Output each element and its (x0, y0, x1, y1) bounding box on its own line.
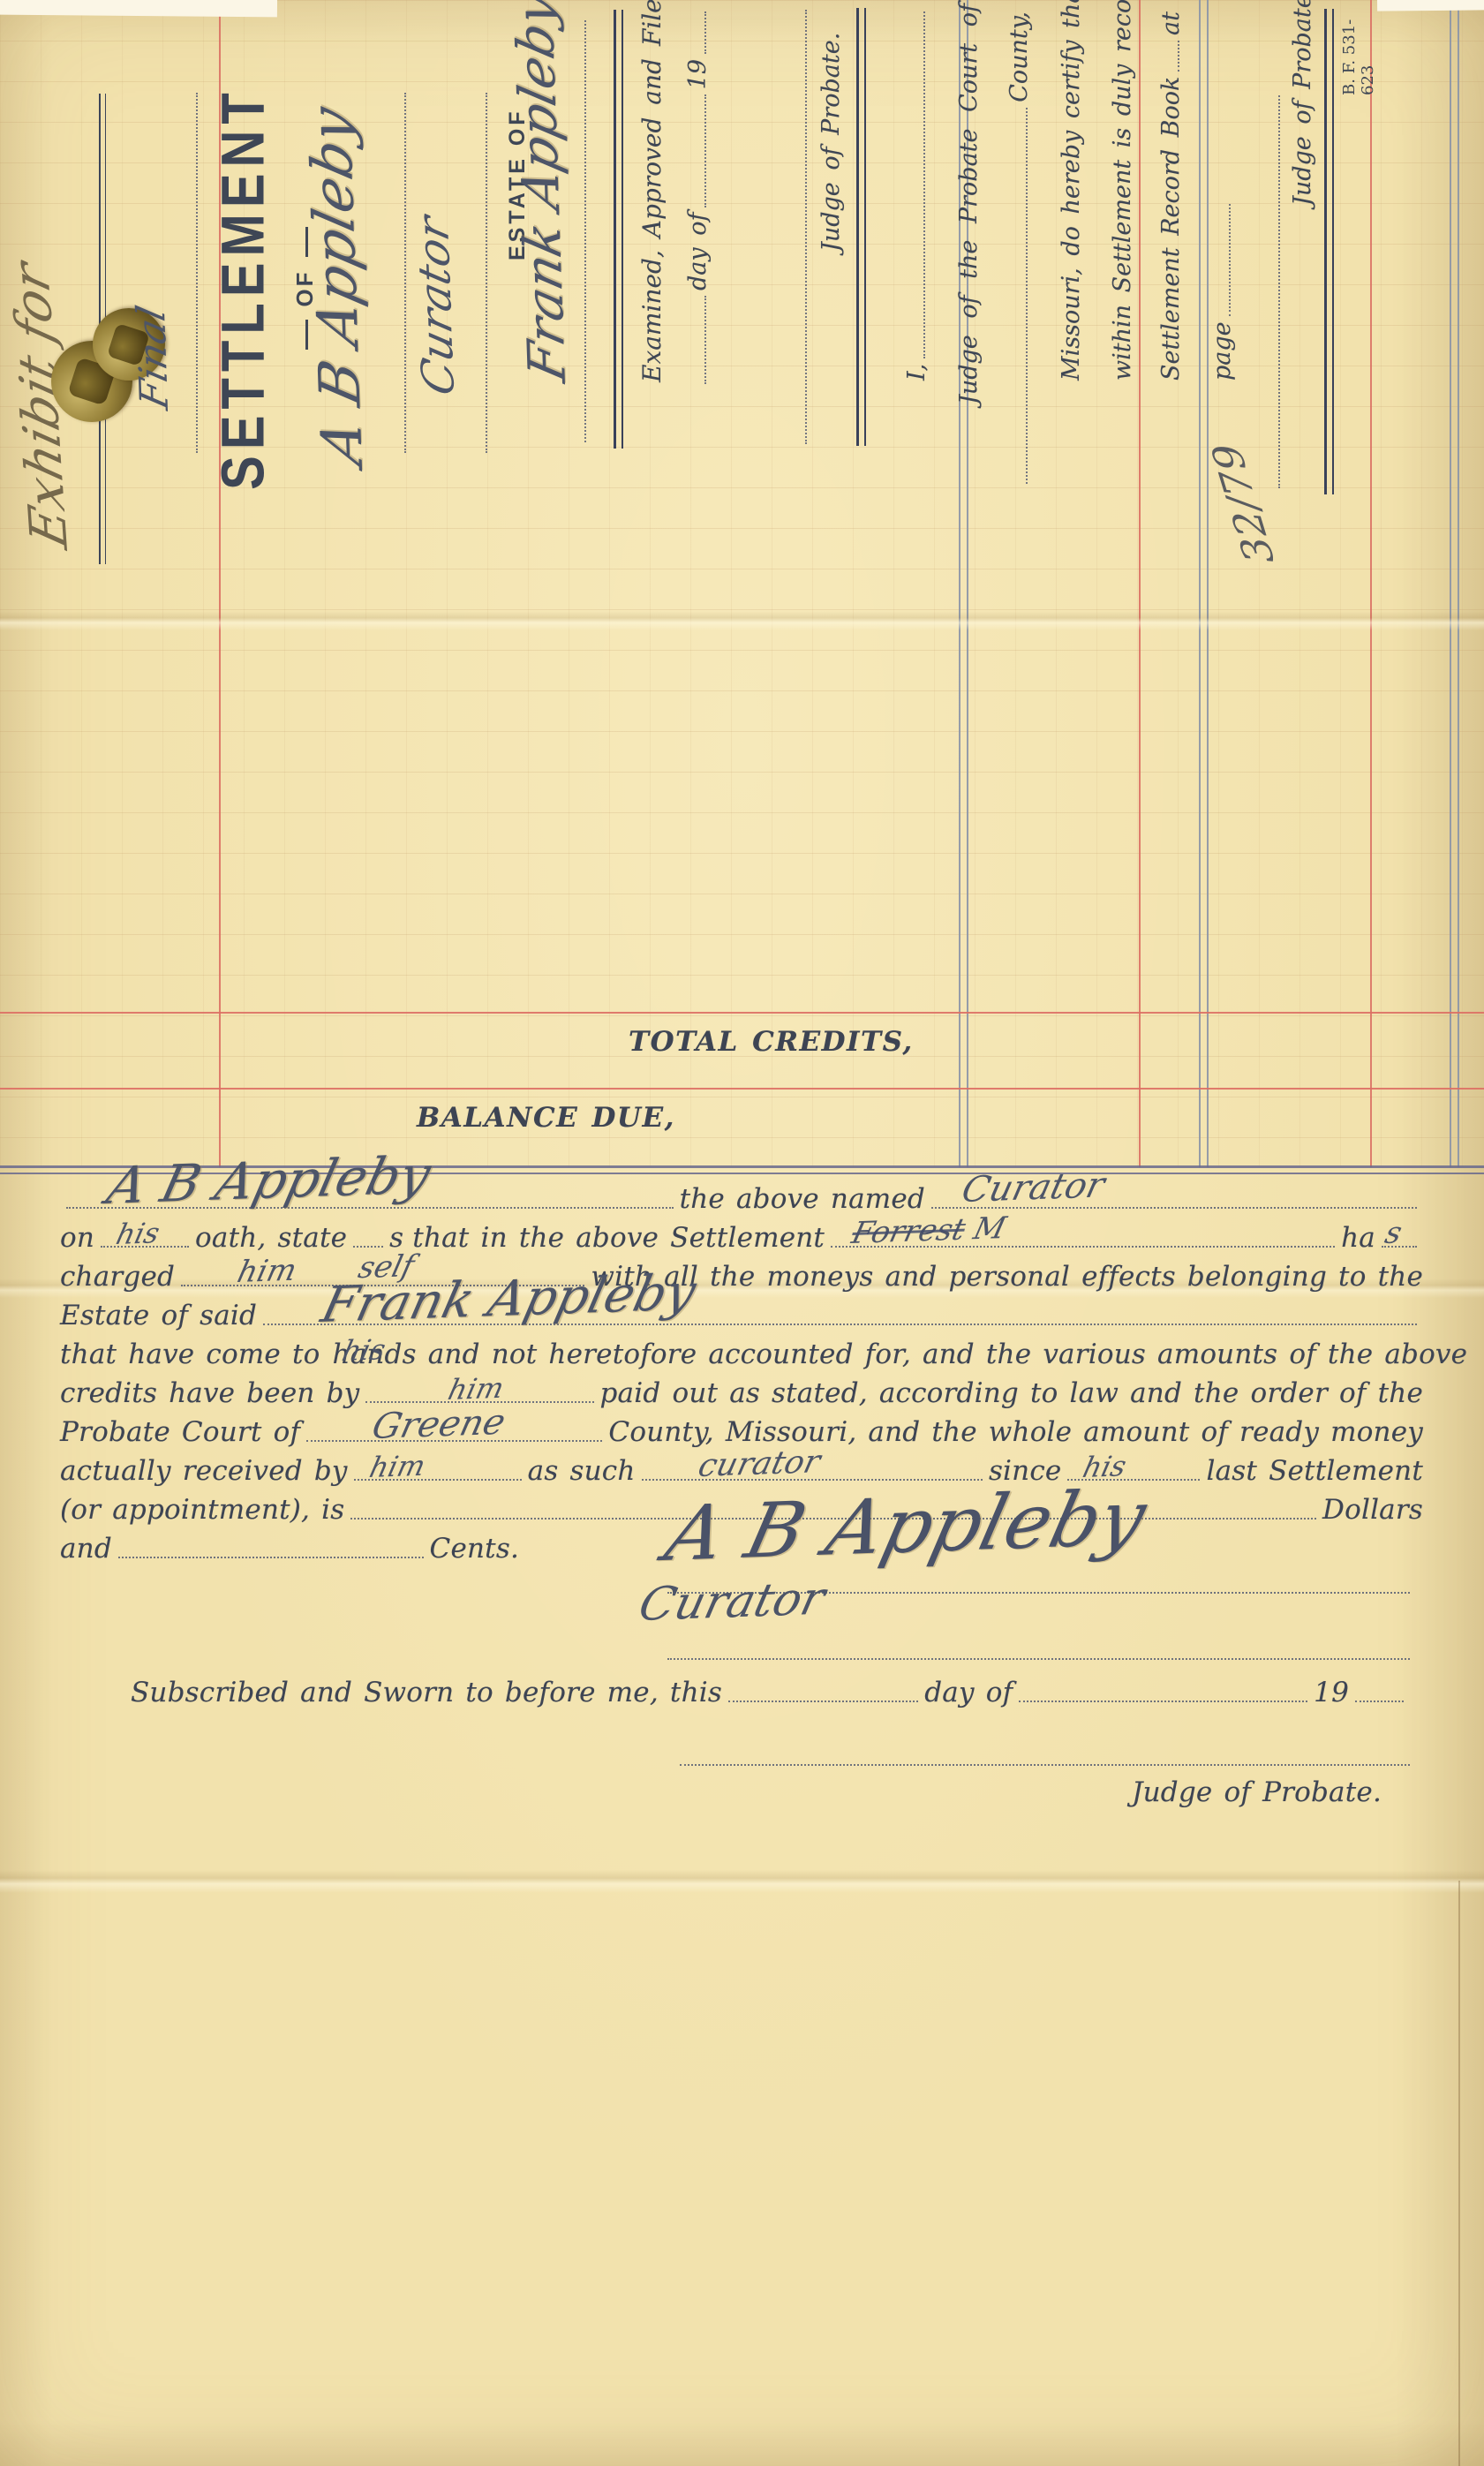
handwriting-his: his (339, 1332, 389, 1368)
year-blank (699, 11, 706, 54)
docket-judge1-label: Judge of Probate. (817, 33, 845, 252)
handwriting-docket-name: A B Appleby (298, 102, 376, 471)
docket-double-rule (856, 8, 866, 446)
role-blank: Curator (931, 1200, 1417, 1209)
handwriting-docket-role: Curator (407, 211, 464, 400)
printed-text: credits have been by (60, 1377, 359, 1409)
handwriting-struck-name: Forrest M (848, 1210, 1009, 1251)
docket-double-rule (614, 10, 623, 449)
handwriting-estate-name: Frank Appleby (316, 1263, 701, 1334)
docket-double-rule (1324, 9, 1334, 494)
docket-page-row: page (1204, 204, 1236, 381)
docket-within-line: within Settlement is duly recorded in (1109, 0, 1136, 381)
printed-text: Probate Court of (60, 1416, 300, 1448)
docket-examined-label: Examined, Approved and Filed this (637, 0, 667, 382)
day-blank (699, 296, 706, 384)
affidavit-line-3: charged him self with all the moneys and… (60, 1256, 1423, 1293)
ha-blank: s (1382, 1239, 1417, 1248)
printed-text: Dollars (1322, 1494, 1423, 1526)
county-blank (1021, 108, 1028, 484)
printed-text: Cents. (430, 1533, 519, 1565)
docket-dotted-rule (1278, 95, 1280, 488)
printed-text: page (1209, 321, 1236, 381)
docket-dotted-rule (805, 10, 807, 444)
printed-text: the above named (680, 1183, 925, 1215)
name-blank: A B Appleby (66, 1200, 674, 1209)
fold-crease (0, 611, 1484, 630)
printed-text: hands and not heretofore accounted for, … (333, 1339, 1468, 1370)
handwriting-folio-number: 32/79 (1202, 441, 1284, 566)
day-blank (728, 1693, 918, 1702)
docket-dotted-rule (486, 93, 487, 453)
handwriting-role: Curator (958, 1165, 1109, 1210)
affidavit-line-10: and Cents. (60, 1527, 519, 1565)
page-blank (1224, 204, 1231, 316)
handwriting-him: him (366, 1449, 429, 1484)
month-blank (699, 94, 706, 207)
printed-text: Estate of said (60, 1300, 257, 1331)
handwriting-s: s (1382, 1215, 1405, 1251)
printed-text: with all the moneys and personal effects… (591, 1261, 1423, 1293)
printed-text: Subscribed and Sworn to before me, this (131, 1677, 722, 1708)
handwriting-signature-role: Curator (634, 1572, 830, 1632)
printed-text: oath, state (195, 1222, 347, 1254)
estate-name-blank: Frank Appleby (263, 1316, 1417, 1325)
settlement-name-blank: Forrest M (831, 1239, 1335, 1248)
printed-text: paid out as stated, according to law and… (600, 1377, 1423, 1409)
docket-record-book-row: Settlement Record Book at (1153, 11, 1185, 381)
printed-text: 19 (1314, 1677, 1349, 1708)
printed-text: last Settlement (1206, 1455, 1423, 1487)
printed-text: charged (60, 1261, 175, 1293)
county-blank: Greene (306, 1433, 602, 1442)
printed-text: I, (903, 364, 930, 381)
year-blank (1355, 1693, 1404, 1702)
role-blank: curator (642, 1472, 983, 1481)
affidavit-line-2: on his oath, state s that in the above S… (60, 1217, 1423, 1254)
printed-text: ha (1341, 1222, 1375, 1254)
affidavit-line-6: credits have been by him paid out as sta… (60, 1372, 1423, 1409)
printed-text: County, (1006, 11, 1033, 102)
docket-county-row: County, (1001, 11, 1033, 484)
docket-title: SETTLEMENT (208, 0, 278, 577)
struck-text: Forrest (848, 1212, 968, 1251)
printed-text: as such (528, 1455, 636, 1487)
docket-i-row: I, (899, 11, 930, 381)
affidavit-line-4: Estate of said Frank Appleby (60, 1294, 1423, 1331)
ledger-red-horizontal-line (0, 1012, 1484, 1014)
adjacent-page-edge (1458, 1881, 1460, 2466)
handwriting-name: A B Appleby (102, 1144, 436, 1216)
affidavit-line-5: that have come to his hands and not here… (60, 1333, 1423, 1370)
printed-text: that have come to (60, 1339, 320, 1370)
pronoun-blank: his (101, 1239, 189, 1248)
handwriting-county: Greene (368, 1402, 509, 1447)
handwriting-signature: A B Appleby (658, 1474, 1154, 1579)
docket-rotated-content: Exhibit for Final SETTLEMENT OF A B Appl… (0, 0, 1484, 577)
handwriting-docket-estate-name: Frank Appleby (504, 0, 577, 387)
handwriting-him: him (445, 1371, 508, 1406)
printed-text: 19 (684, 59, 712, 89)
affidavit-line-8: actually received by him as such curator… (60, 1450, 1423, 1487)
handwriting-final: Final (129, 302, 177, 413)
docket-dotted-rule (196, 93, 198, 453)
printed-text: day of (684, 213, 712, 290)
handwriting-curator: curator (695, 1444, 824, 1484)
s-blank (353, 1239, 383, 1248)
printed-text: day of (924, 1677, 1013, 1708)
printed-text: that in the above Settlement (412, 1222, 825, 1254)
affidavit-line-1: A B Appleby the above named Curator (60, 1178, 1423, 1215)
printed-text: Settlement Record Book (1157, 77, 1185, 381)
judge-of-probate-label: Judge of Probate. (1132, 1776, 1382, 1808)
fold-crease (0, 1870, 1484, 1893)
printed-text: (or appointment), is (60, 1494, 344, 1526)
judge-signature-line (680, 1764, 1410, 1766)
jurat-line: Subscribed and Sworn to before me, this … (131, 1671, 1410, 1708)
printed-text: on (60, 1222, 94, 1254)
balance-due-label: BALANCE DUE, (417, 1102, 675, 1134)
printed-text: actually received by (60, 1455, 348, 1487)
printed-text: at (1157, 11, 1185, 35)
affidavit-line-7: Probate Court of Greene County, Missouri… (60, 1411, 1423, 1448)
docket-dotted-rule (404, 93, 406, 453)
total-credits-label: TOTAL CREDITS, (629, 1026, 914, 1058)
ledger-red-horizontal-line (0, 1088, 1484, 1090)
docket-day-row: day of 19 (680, 11, 712, 384)
book-blank (1172, 41, 1179, 72)
form-number: B. F. 531-623 (1340, 0, 1377, 95)
docket-judge2-label: Judge of Probate. (1289, 0, 1316, 206)
pronoun-blank: him (365, 1394, 593, 1403)
scanned-settlement-document: TOTAL CREDITS, BALANCE DUE, A B Appleby … (0, 0, 1484, 2466)
pronoun-blank: him (354, 1472, 522, 1481)
handwriting-his: his (113, 1216, 163, 1251)
docket-judge-court-label: Judge of the Probate Court of (955, 4, 983, 404)
handwriting-initial: M (970, 1210, 1009, 1247)
month-blank (1019, 1693, 1307, 1702)
docket-missouri-line: Missouri, do hereby certify that the (1058, 0, 1085, 381)
docket-panel: Exhibit for Final SETTLEMENT OF A B Appl… (0, 0, 1484, 577)
cents-blank (118, 1550, 424, 1558)
signature-line (667, 1658, 1410, 1660)
printed-text: and (60, 1533, 112, 1565)
docket-dotted-rule (584, 20, 586, 442)
name-blank (918, 11, 925, 358)
printed-text: County, Missouri, and the whole amount o… (608, 1416, 1423, 1448)
